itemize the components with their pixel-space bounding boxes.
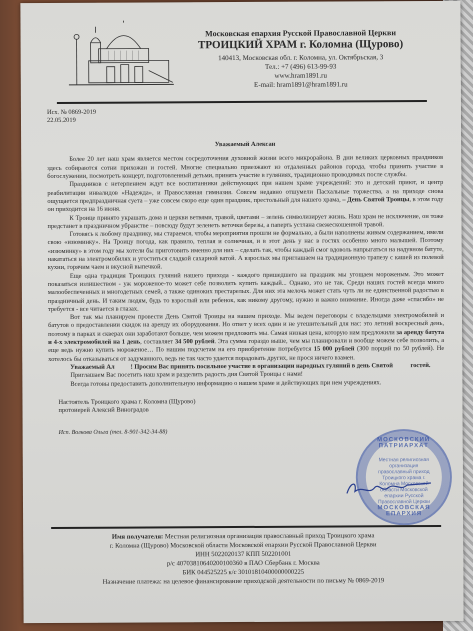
handwritten-signature-icon [343,479,433,499]
rental-mid: , составляет [140,338,175,345]
outgoing-ref: Исх. № 0869-2019 22.05.2019 [47,107,443,124]
paragraph-1: Более 20 лет наш храм является местом со… [47,154,443,181]
paragraph-3: К Троице принято украшать дома и церкви … [47,213,443,232]
letter-body: Исх. № 0869-2019 22.05.2019 Уважаемый Ал… [47,107,445,438]
paragraph-6: Вот так мы планируем провести День Свято… [48,312,444,364]
appeal-start: Уважаемый Ал [70,364,114,371]
paragraph-2: Праздников с нетерпением ждут все воспит… [47,179,443,214]
greeting: Уважаемый Алексан [47,140,443,150]
info-offer: Всегда готовы предоставить дополнительну… [48,378,444,388]
paragraph-6-text: Вот так мы планируем провести День Свято… [48,312,444,338]
payment-details: Имя получателя: Местная религиозная орга… [23,531,463,587]
trinity-day-bold: – День Святой Троицы [342,196,409,203]
payment-purpose: Назначение платежа: на целевое финансиро… [23,576,463,587]
paragraph-4: Готовясь к любому празднику, мы стараемс… [48,229,444,273]
rental-tail: . Эта [214,338,227,345]
appeal-end: гостей. [409,362,431,369]
stamp-ring-bottom: МОСКОВСКАЯ ЕПАРХИЯ [368,505,440,517]
signature-block: Настоятель Троицкого храма г. Коломна (Щ… [48,397,444,416]
recipient-label: Имя получателя: [112,533,163,540]
icecream-cost: 15 000 рублей [314,346,355,353]
appeal-mid: ! Просим Вас принять посильное участие в… [131,362,393,370]
diocese-name: Московская епархия Русской Православной … [181,28,421,38]
letter-date: 22.05.2019 [47,115,443,125]
paragraph-5: Еще одна традиция Троицких гуляний нашег… [48,271,444,315]
letter-page: Московская епархия Русской Православной … [20,1,463,623]
footer-divider [51,525,441,529]
official-stamp: МОСКОВСКИЙ ПАТРИАРХАТ Местная религиозна… [356,429,453,526]
recipient-name: Местная религиозная организация правосла… [163,532,374,540]
rental-price: 34 500 рублей [175,338,215,345]
stamp-ring-top: МОСКОВСКИЙ ПАТРИАРХАТ [368,437,440,449]
temple-name: ТРОИЦКИЙ ХРАМ г. Коломна (Щурово) [181,38,421,51]
contact-block: 140413, Московская обл. г. Коломна, ул. … [181,53,421,90]
email: E-mail: hram1891@hram1891.ru [181,80,421,90]
signatory-name: протоиерей Алексий Виноградов [48,405,444,415]
letterhead-text: Московская епархия Русской Православной … [181,28,421,90]
church-illustration-icon [68,20,178,89]
letterhead: Московская епархия Русской Православной … [20,1,461,103]
